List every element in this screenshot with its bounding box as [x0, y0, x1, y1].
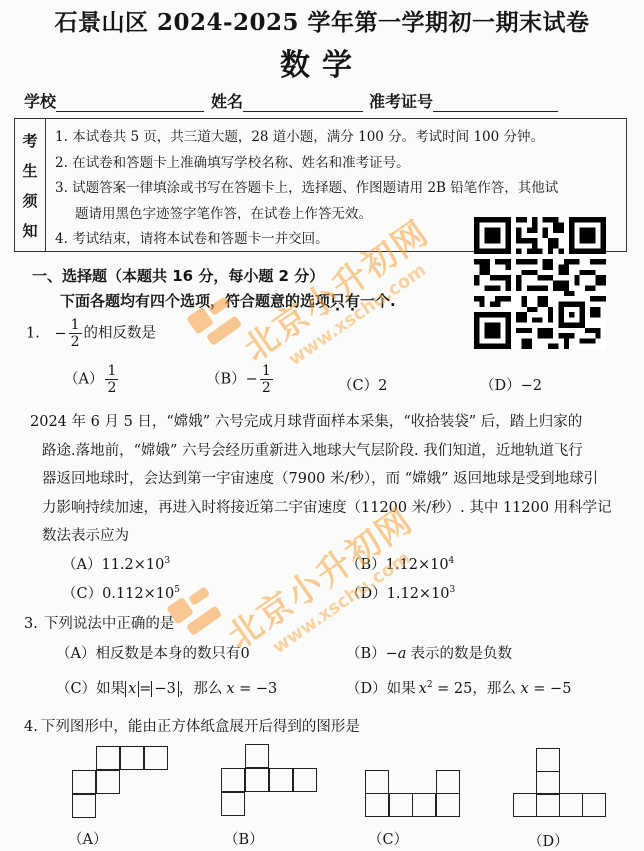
net-square	[245, 744, 269, 768]
stem-text: 下列图形中，能由正方体纸盒展开后得到的图形是	[41, 719, 360, 735]
net-square	[293, 768, 317, 792]
option-text: ，那么	[179, 681, 223, 697]
question-number: 1.	[26, 326, 40, 342]
notice-heading-char: 须	[22, 190, 37, 211]
option-label: （A）	[64, 372, 103, 388]
stem-line: 力影响持续加速，再进入时将接近第二宇宙速度（11200 米/秒）. 其中 112…	[30, 494, 620, 523]
fraction: 12	[69, 318, 82, 349]
option-label: （A）	[68, 828, 107, 849]
math-variable: x	[419, 681, 427, 697]
option-label: （C）	[62, 586, 102, 602]
net-square	[245, 768, 269, 792]
option-text: −2	[521, 378, 542, 394]
question-2-stem: 2024 年 6 月 5 日，“嫦娥” 六号完成月球背面样本采集，“收拾装袋” …	[30, 408, 620, 551]
q2-option-b[interactable]: （B）1.12×104	[346, 553, 454, 574]
stem-text: 的相反数是	[84, 326, 157, 342]
math-variable: x	[521, 681, 529, 697]
option-text: = 25，那么	[433, 681, 521, 697]
option-label: （C）	[368, 828, 408, 849]
emphasis-char: 有	[345, 292, 360, 310]
name-field[interactable]: 姓名	[211, 89, 363, 112]
option-label: （A）	[62, 557, 101, 573]
q3-option-c[interactable]: （C）如果x=−3，那么x = −3	[56, 677, 277, 698]
net-square	[120, 746, 144, 770]
instruction-text: 一个.	[360, 292, 396, 310]
notice-heading-char: 知	[22, 220, 37, 241]
option-label: （C）	[338, 378, 378, 394]
option-text: 如果	[387, 681, 416, 697]
exponent: 3	[164, 556, 170, 566]
notice-line: 2. 在试卷和答题卡上准确填写学校名称、姓名和准考证号。	[55, 151, 622, 177]
q2-option-d[interactable]: （D）1.12×103	[346, 582, 455, 603]
option-label: （D）	[528, 830, 569, 851]
fraction: 12	[105, 364, 118, 395]
net-square	[96, 746, 120, 770]
name-label: 姓名	[211, 92, 243, 111]
exam-id-field[interactable]: 准考证号	[369, 89, 558, 112]
exponent: 4	[449, 556, 455, 566]
minus-sign: −	[246, 372, 258, 388]
net-square	[72, 794, 96, 818]
stem-text: 下列说法中正确的是	[44, 616, 175, 632]
net-square	[536, 793, 560, 817]
school-field[interactable]: 学校	[24, 89, 204, 112]
exam-id-label: 准考证号	[369, 92, 433, 111]
absolute-value: −3	[151, 681, 178, 697]
qr-code	[474, 216, 606, 350]
option-label: （D）	[346, 681, 387, 697]
denominator: 2	[262, 380, 271, 395]
q3-option-d[interactable]: （D）如果x2 = 25，那么 x = −5	[346, 677, 571, 698]
net-square	[536, 771, 560, 795]
q1-option-d[interactable]: （D）−2	[480, 374, 542, 395]
stem-line: 路途.落地前，“嫦娥” 六号会经历重新进入地球大气层阶段. 我们知道，近地轨道飞…	[30, 437, 620, 466]
net-square	[221, 768, 245, 792]
name-blank[interactable]	[243, 95, 363, 112]
option-text: 2	[378, 378, 387, 394]
q3-option-b[interactable]: （B）−a表示的数是负数	[346, 642, 512, 663]
exponent: 3	[450, 585, 456, 595]
notice-heading: 考 生 须 知	[15, 119, 46, 251]
notice-heading-char: 考	[22, 130, 37, 151]
school-blank[interactable]	[56, 95, 204, 112]
subject-title: 数学	[0, 40, 644, 84]
option-text: = −5	[529, 681, 572, 697]
minus-sign: −	[54, 326, 66, 342]
option-label: （B）	[346, 557, 386, 573]
net-square	[96, 770, 120, 794]
denominator: 2	[71, 334, 80, 349]
question-1-stem: 1. −12的相反数是	[26, 318, 156, 349]
net-square	[389, 793, 413, 817]
question-number: 3.	[24, 616, 38, 632]
net-square	[221, 792, 245, 816]
net-square	[536, 748, 560, 772]
option-base: 0.112×10	[102, 586, 174, 602]
net-square	[436, 770, 460, 794]
equals-sign: =	[139, 681, 151, 697]
section-one-instruction: 下面各题均有四个选项，符合题意的选项只有一个.	[60, 290, 396, 311]
fraction: 12	[260, 364, 273, 395]
section-one-title: 一、选择题（本题共 16 分，每小题 2 分）	[32, 265, 324, 286]
q3-option-a[interactable]: （A）相反数是本身的数只有0	[56, 642, 250, 663]
net-square	[436, 793, 460, 817]
option-label: （C）	[56, 681, 96, 697]
option-base: 11.2×10	[101, 557, 164, 573]
exponent: 5	[174, 585, 180, 595]
stem-line: 器返回地球时，会达到第一宇宙速度（7900 米/秒），而 “嫦娥” 返回地球是受…	[30, 465, 620, 494]
net-square	[365, 770, 389, 794]
denominator: 2	[107, 380, 116, 395]
option-label: （A）	[56, 646, 95, 662]
net-square	[582, 793, 606, 817]
option-label: （D）	[480, 378, 521, 394]
net-square	[412, 793, 436, 817]
net-square	[72, 770, 96, 794]
q2-option-a[interactable]: （A）11.2×103	[62, 553, 170, 574]
q2-option-c[interactable]: （C）0.112×105	[62, 582, 180, 603]
option-label: （D）	[346, 586, 387, 602]
net-square	[144, 746, 168, 770]
option-text: 表示的数是负数	[410, 646, 512, 662]
option-label: （B）	[346, 646, 386, 662]
option-text: 如果	[96, 681, 125, 697]
stem-line: 2024 年 6 月 5 日，“嫦娥” 六号完成月球背面样本采集，“收拾装袋” …	[30, 408, 620, 437]
absolute-value: x	[125, 681, 139, 697]
option-base: 1.12×10	[386, 557, 449, 573]
q1-option-b[interactable]: （B）−12	[206, 364, 275, 395]
math-variable: x	[226, 681, 234, 697]
q1-option-a[interactable]: （A）12	[64, 364, 120, 395]
net-square	[365, 793, 389, 817]
stem-line: 数法表示应为	[30, 522, 620, 551]
net-square	[559, 793, 583, 817]
school-label: 学校	[24, 92, 56, 111]
exam-title: 石景山区 2024-2025 学年第一学期初一期末试卷	[0, 4, 644, 37]
notice-line: 3. 试题答案一律填涂或书写在答题卡上，选择题、作图题请用 2B 铅笔作答，其他…	[55, 176, 622, 202]
question-number: 4.	[24, 719, 38, 735]
notice-heading-char: 生	[22, 160, 37, 181]
numerator: 1	[105, 364, 118, 380]
question-4-stem: 4.下列图形中，能由正方体纸盒展开后得到的图形是	[24, 715, 360, 736]
instruction-text: 下面各题均有四个选项，符合题意的选项	[60, 292, 330, 310]
option-base: 1.12×10	[387, 586, 450, 602]
option-label: （B）	[224, 828, 264, 849]
q1-option-c[interactable]: （C）2	[338, 374, 387, 395]
notice-line: 1. 本试卷共 5 页，共三道大题，28 道小题，满分 100 分。考试时间 1…	[55, 125, 622, 151]
option-text: 相反数是本身的数只有0	[95, 646, 249, 662]
exam-id-blank[interactable]	[433, 95, 558, 112]
numerator: 1	[260, 364, 273, 380]
math-variable: −a	[386, 646, 407, 662]
numerator: 1	[69, 318, 82, 334]
student-info-fields: 学校 姓名 准考证号	[24, 89, 624, 109]
emphasis-char: 只	[330, 292, 345, 310]
net-square	[269, 768, 293, 792]
net-square	[513, 793, 537, 817]
option-label: （B）	[206, 372, 246, 388]
option-text: = −3	[235, 681, 278, 697]
question-3-stem: 3.下列说法中正确的是	[24, 612, 174, 633]
